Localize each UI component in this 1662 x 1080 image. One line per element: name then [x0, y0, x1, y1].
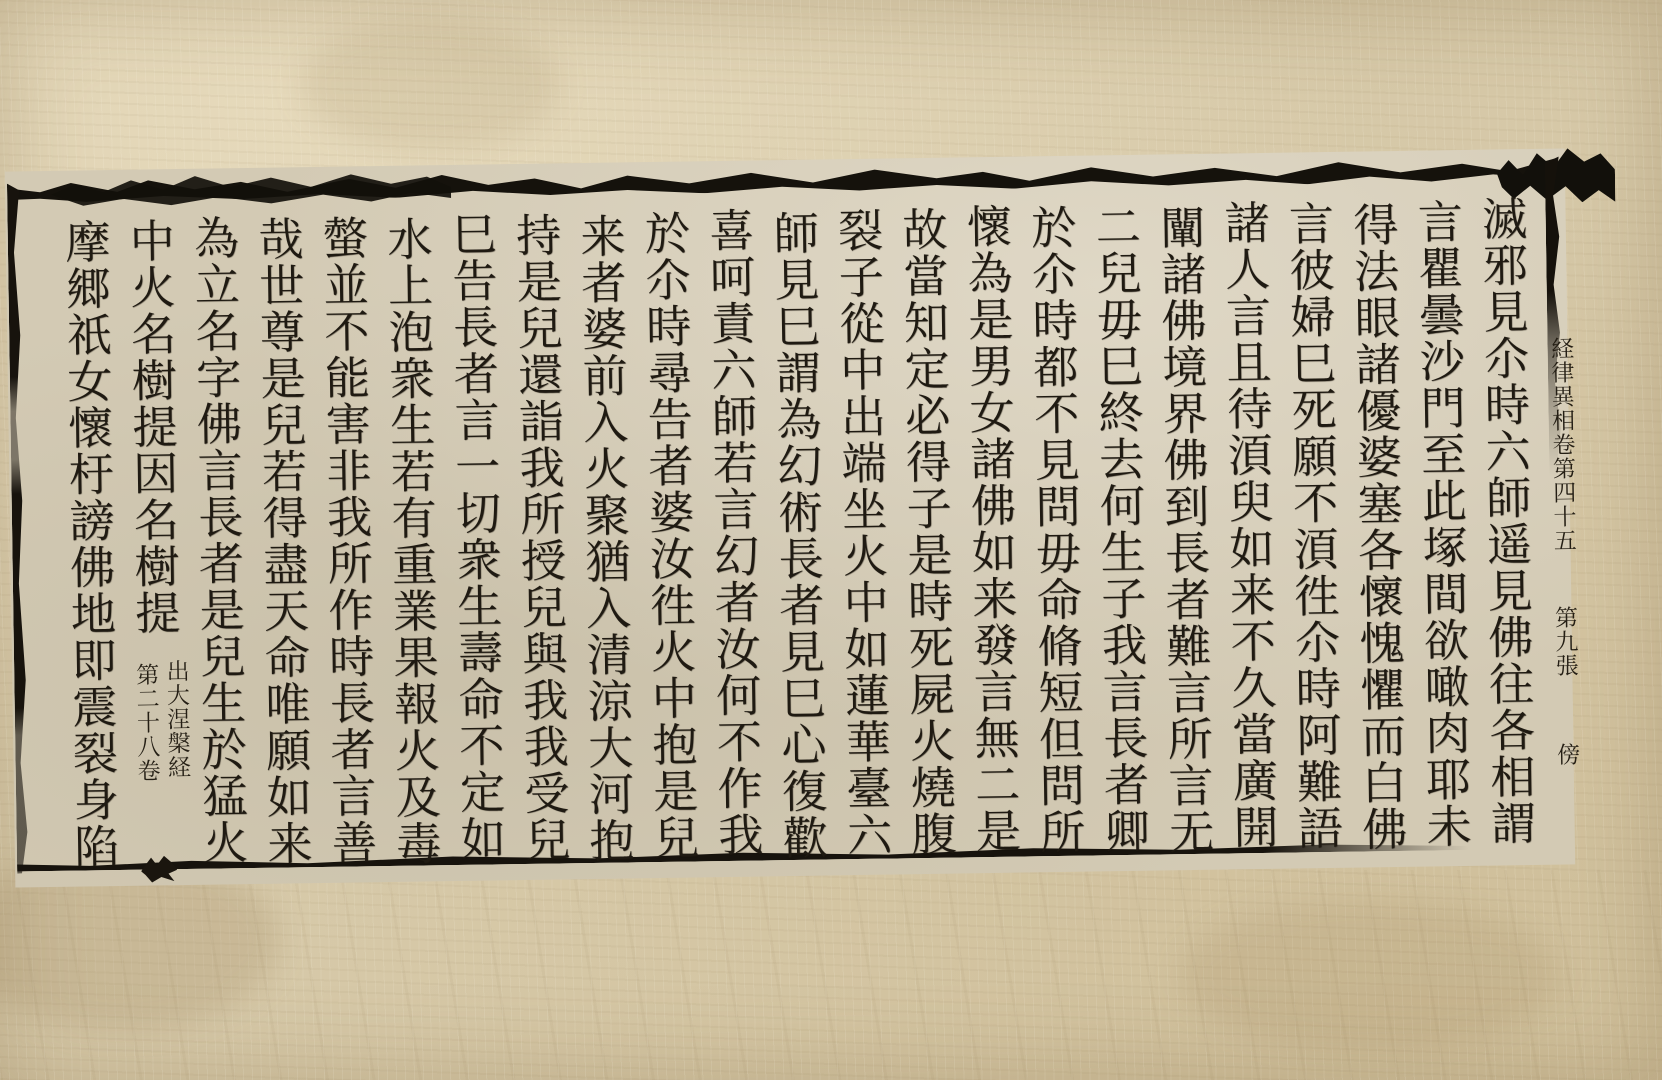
text-column-03: 得法眼諸優婆塞各懷愧懼而白佛	[1340, 199, 1412, 854]
text-column-11: 裂子從中出端坐火中如蓮華臺六	[825, 207, 897, 862]
text-column-13: 喜呵責六師若言幻者汝何不作我	[696, 208, 768, 863]
text-column-10: 故當知定必得子是時死屍火燒腹	[890, 206, 962, 861]
paper-stain	[1180, 900, 1560, 1050]
volume-title: 経律異相卷第四十五	[1547, 336, 1576, 552]
text-column-18: 水上泡衆生若有重業果報火及毒	[374, 213, 446, 868]
print-block: 経律異相卷第四十五 第九張 傍 滅邪見尒時六師遥見佛往各相謂 言瞿曇沙門至此塚間…	[5, 148, 1575, 887]
volume-title-column: 経律異相卷第四十五 第九張 傍	[1543, 336, 1581, 766]
text-column-20: 哉世尊是兒若得盡天命唯願如来	[246, 215, 318, 870]
text-column-02: 言瞿曇沙門至此塚間欲噉肉耶未	[1405, 198, 1477, 853]
text-column-09: 懷為是男女諸佛如来發言無二是	[954, 205, 1026, 860]
text-column-17: 巳告長者言一切衆生壽命不定如	[439, 212, 511, 867]
sutra-page-scan: 経律異相卷第四十五 第九張 傍 滅邪見尒時六師遥見佛往各相謂 言瞿曇沙門至此塚間…	[0, 0, 1662, 1080]
paper-fiber-streaks	[0, 870, 1662, 1080]
top-border-thick-left	[51, 169, 451, 208]
sheet-number: 第九張	[1551, 605, 1578, 677]
source-note-volume: 第二十八卷	[133, 662, 160, 824]
text-column-06: 闡諸佛境界佛到長者難言所言无	[1147, 202, 1219, 857]
text-column-23: 摩郷祇女懷杅謗佛地即震裂身陷	[52, 218, 124, 873]
text-column-07: 二兒毋巳終去何生子我言長者卿	[1083, 203, 1155, 858]
text-column-16: 持是兒還詣我所授兒與我我受兒	[503, 211, 575, 866]
left-border	[7, 183, 29, 873]
text-column-08: 於尒時都不見問毋命脩短但問所	[1018, 204, 1090, 859]
source-note: 出大涅槃経 第二十八卷	[120, 659, 202, 825]
text-column-15: 来者婆前入火聚猶入清涼大河抱	[568, 210, 640, 865]
text-column-19: 螫並不能害非我所作時長者言善	[310, 214, 382, 869]
text-column-14: 於尒時尋告者婆汝徃火中抱是兒	[632, 209, 704, 864]
source-note-sutra: 出大涅槃経	[163, 659, 190, 824]
text-column-01: 滅邪見尒時六師遥見佛往各相謂	[1469, 197, 1541, 852]
paper-stain	[300, 20, 560, 150]
text-column-04: 言彼婦巳死願不湏徃尒時阿難語	[1276, 200, 1348, 855]
text-columns: 滅邪見尒時六師遥見佛往各相謂 言瞿曇沙門至此塚間欲噉肉耶未 得法眼諸優婆塞各懷愧…	[52, 197, 1541, 873]
text-column-12: 師見巳謂為幻術長者見巳心復歡	[761, 207, 833, 862]
text-column-05: 諸人言且待湏臾如来不久當廣開	[1212, 201, 1284, 856]
case-mark: 傍	[1553, 742, 1579, 766]
